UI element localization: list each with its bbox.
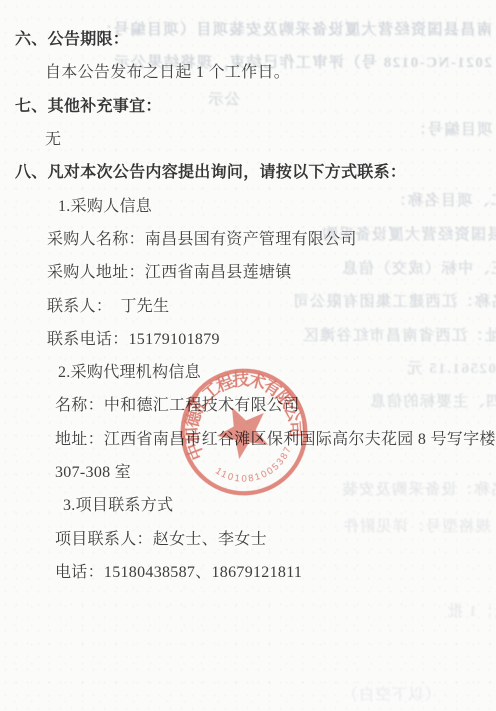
section-seven-heading: 七、其他补充事宜： bbox=[0, 88, 496, 121]
agency-name: 名称：中和德汇工程技术有限公司 bbox=[0, 387, 496, 420]
purchaser-contact-person: 联系人： 丁先生 bbox=[0, 287, 496, 320]
supplementary-matters-text: 无 bbox=[0, 121, 496, 154]
project-contact-phones: 电话：15180438587、18679121811 bbox=[0, 554, 496, 587]
project-contact-title: 3.项目联系方式 bbox=[0, 487, 496, 520]
scanned-document-page: { "document": { "sections": { "six_headi… bbox=[0, 0, 496, 711]
section-eight-heading: 八、凡对本次公告内容提出询问，请按以下方式联系： bbox=[0, 154, 496, 187]
agency-address-line1: 地址：江西省南昌市红谷滩区保利国际高尔夫花园 8 号写字楼 bbox=[0, 421, 496, 454]
project-contact-persons: 项目联系人：赵女士、李女士 bbox=[0, 520, 496, 553]
agency-info-title: 2.采购代理机构信息 bbox=[0, 354, 496, 387]
bleed-through-line: 数量：1 批 bbox=[446, 600, 496, 621]
purchaser-phone: 联系电话：15179101879 bbox=[0, 321, 496, 354]
bleed-through-line: （以下空白） bbox=[341, 683, 440, 704]
announcement-period-text: 自本公告发布之日起 1 个工作日。 bbox=[0, 54, 496, 87]
purchaser-name: 采购人名称：南昌县国有资产管理有限公司 bbox=[0, 221, 496, 254]
announcement-body: 六、公告期限： 自本公告发布之日起 1 个工作日。 七、其他补充事宜： 无 八、… bbox=[0, 0, 496, 587]
purchaser-address: 采购人地址：江西省南昌县莲塘镇 bbox=[0, 254, 496, 287]
agency-address-line2: 307-308 室 bbox=[0, 454, 496, 487]
purchaser-info-title: 1.采购人信息 bbox=[0, 187, 496, 220]
section-six-heading: 六、公告期限： bbox=[0, 21, 496, 54]
